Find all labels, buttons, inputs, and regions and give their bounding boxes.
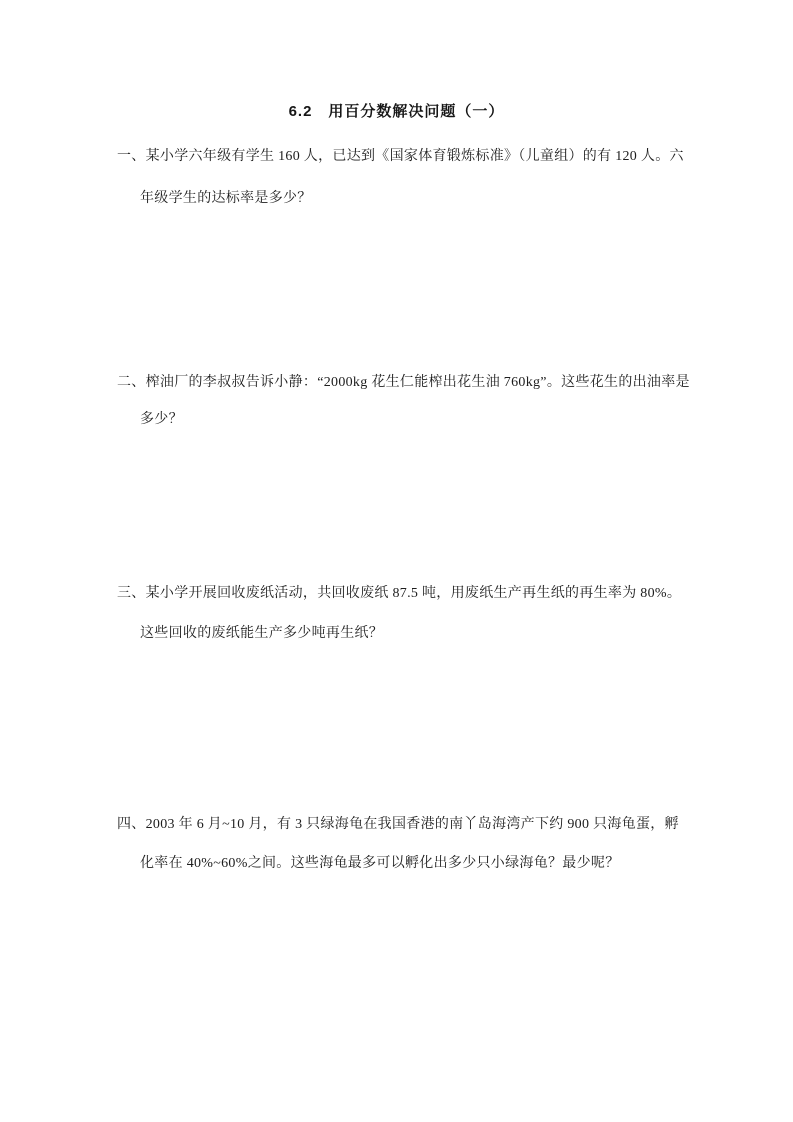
problem-3-line-2: 这些回收的废纸能生产多少吨再生纸？ [140, 625, 383, 642]
worksheet-page: 6.2 用百分数解决问题（一） 一、某小学六年级有学生 160 人，已达到《国家… [0, 0, 793, 1122]
problem-4-line-2: 化率在 40%~60%之间。这些海龟最多可以孵化出多少只小绿海龟？最少呢？ [140, 855, 620, 872]
problem-1-line-1: 一、某小学六年级有学生 160 人，已达到《国家体育锻炼标准》（儿童组）的有 1… [117, 148, 684, 165]
problem-2-line-2: 多少？ [140, 411, 183, 428]
worksheet-title: 6.2 用百分数解决问题（一） [0, 100, 793, 121]
problem-4-line-1: 四、2003 年 6 月~10 月，有 3 只绿海龟在我国香港的南丫岛海湾产下约… [117, 816, 679, 833]
problem-1-line-2: 年级学生的达标率是多少？ [140, 190, 312, 207]
problem-3-line-1: 三、某小学开展回收废纸活动，共回收废纸 87.5 吨，用废纸生产再生纸的再生率为… [117, 585, 681, 602]
problem-2-line-1: 二、榨油厂的李叔叔告诉小静：“2000kg 花生仁能榨出花生油 760kg”。这… [117, 374, 690, 391]
